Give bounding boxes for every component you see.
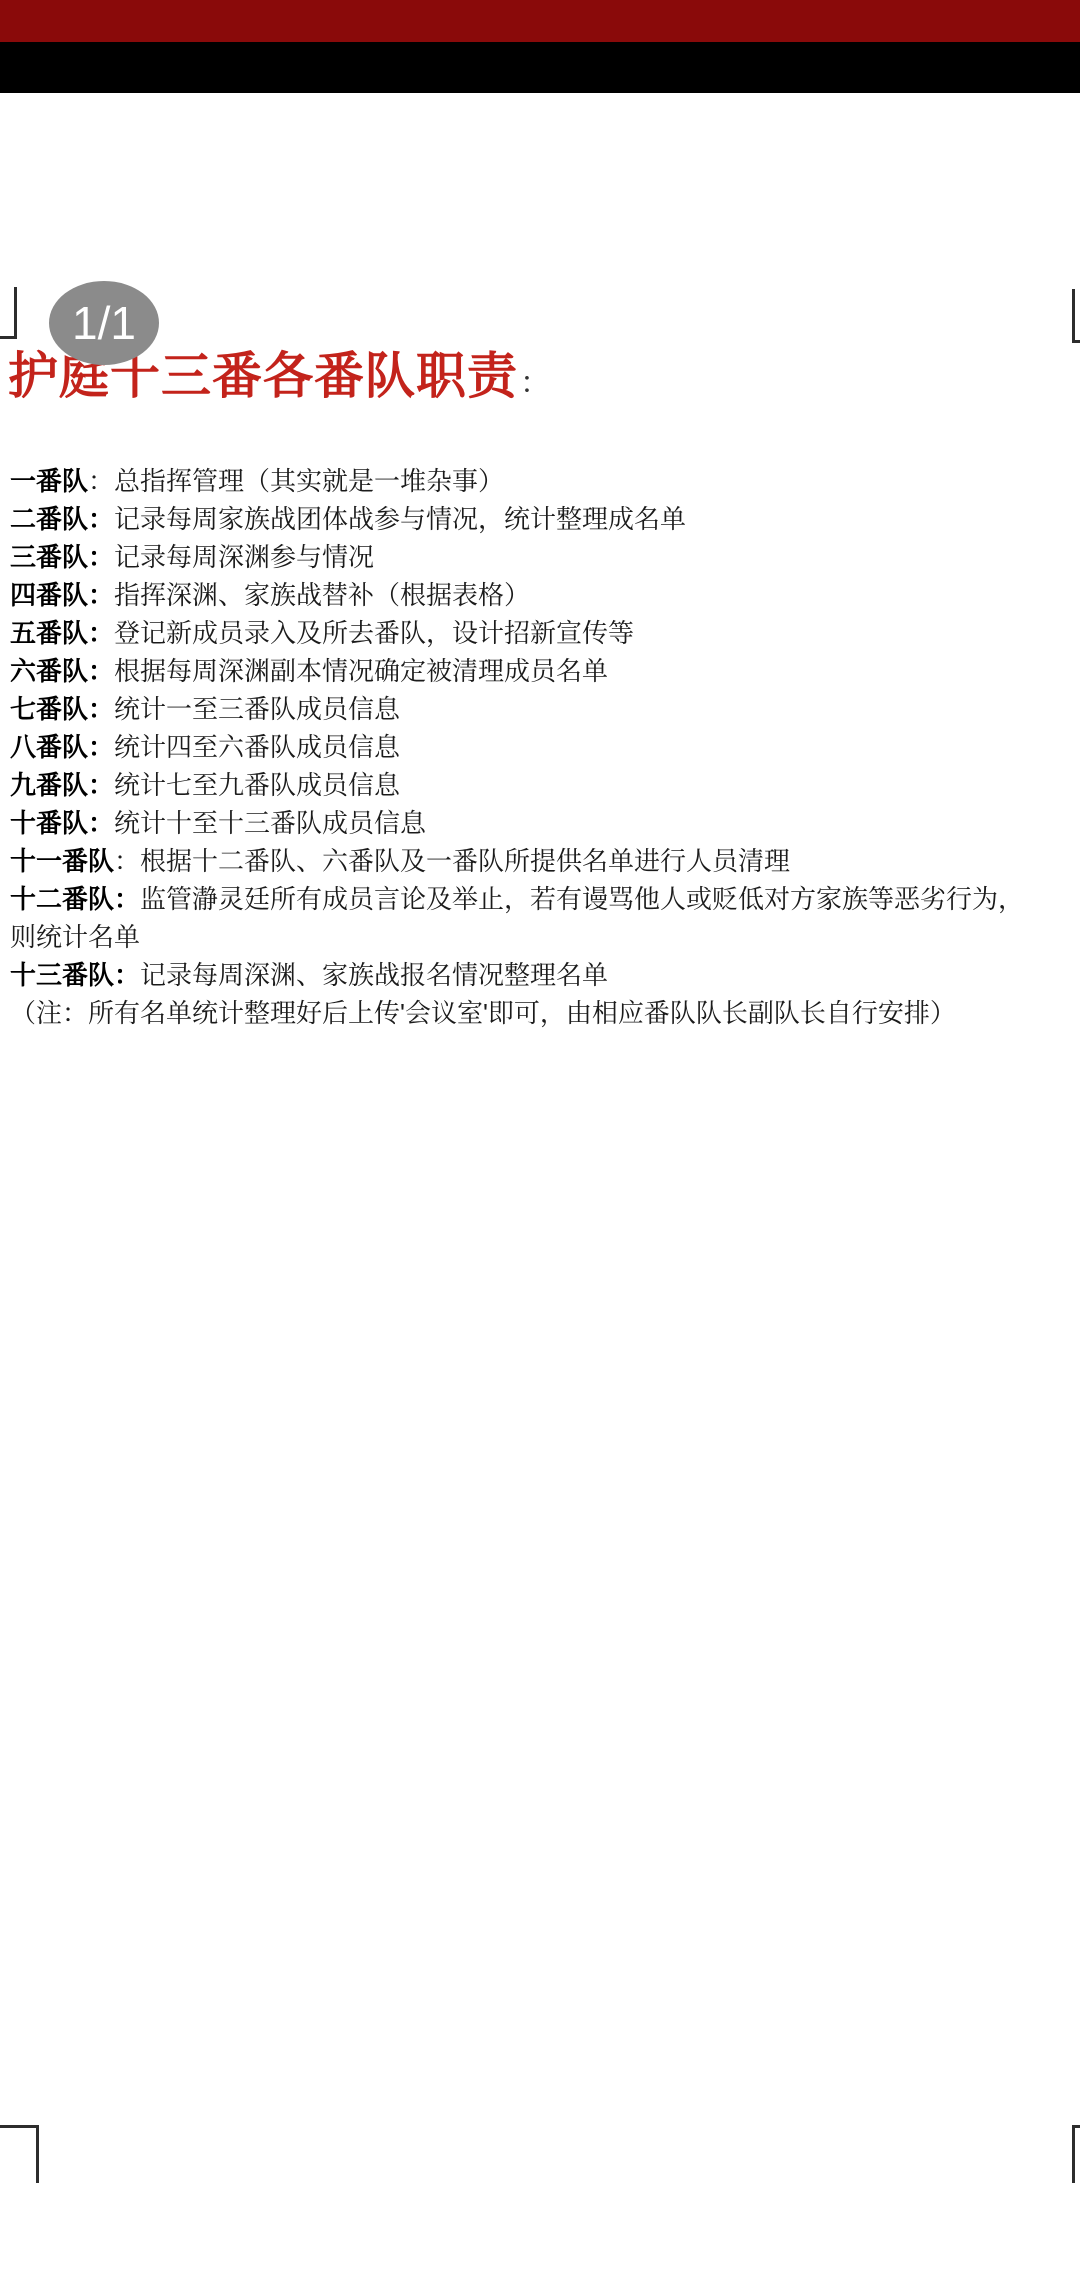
duty-label: 二番队： — [10, 504, 114, 534]
duty-label: 九番队： — [10, 770, 114, 800]
duty-label: 十三番队： — [10, 960, 140, 990]
duty-item: 三番队：记录每周深渊参与情况 — [10, 538, 1072, 576]
page-corner-top-left-mark — [0, 287, 17, 339]
duty-item: 六番队：根据每周深渊副本情况确定被清理成员名单 — [10, 652, 1072, 690]
duty-item: 十二番队：监管瀞灵廷所有成员言论及举止，若有谩骂他人或贬低对方家族等恶劣行为，则… — [10, 880, 1072, 956]
duty-text: 根据每周深渊副本情况确定被清理成员名单 — [114, 656, 608, 686]
duty-text: （注：所有名单统计整理好后上传'会议室'即可，由相应番队队长副队长自行安排） — [10, 998, 956, 1028]
duty-text: 记录每周深渊、家族战报名情况整理名单 — [140, 960, 608, 990]
duty-label: 八番队： — [10, 732, 114, 762]
duty-text: ：根据十二番队、六番队及一番队所提供名单进行人员清理 — [114, 846, 790, 876]
duty-text: 指挥深渊、家族战替补（根据表格） — [114, 580, 530, 610]
page-indicator-label: 1/1 — [72, 296, 136, 350]
duty-label: 六番队： — [10, 656, 114, 686]
duty-list: 一番队：总指挥管理（其实就是一堆杂事）二番队：记录每周家族战团体战参与情况，统计… — [10, 462, 1072, 1032]
duty-item: 一番队：总指挥管理（其实就是一堆杂事） — [10, 462, 1072, 500]
duty-label: 三番队： — [10, 542, 114, 572]
app-top-bar — [0, 42, 1080, 93]
duty-text: 统计七至九番队成员信息 — [114, 770, 400, 800]
duty-text: 统计一至三番队成员信息 — [114, 694, 400, 724]
duty-label: 一番队 — [10, 466, 88, 496]
duty-text: 统计四至六番队成员信息 — [114, 732, 400, 762]
duty-item: 九番队：统计七至九番队成员信息 — [10, 766, 1072, 804]
duty-label: 四番队： — [10, 580, 114, 610]
duty-label: 十番队： — [10, 808, 114, 838]
duty-item: 四番队：指挥深渊、家族战替补（根据表格） — [10, 576, 1072, 614]
page-corner-bottom-right-mark — [1072, 2125, 1080, 2183]
duty-item: 十三番队：记录每周深渊、家族战报名情况整理名单 — [10, 956, 1072, 994]
duty-item: 七番队：统计一至三番队成员信息 — [10, 690, 1072, 728]
duty-item: 二番队：记录每周家族战团体战参与情况，统计整理成名单 — [10, 500, 1072, 538]
duty-label: 十二番队： — [10, 884, 140, 914]
duty-item: 八番队：统计四至六番队成员信息 — [10, 728, 1072, 766]
page-corner-top-right-mark — [1072, 289, 1080, 343]
duty-text: 记录每周家族战团体战参与情况，统计整理成名单 — [114, 504, 686, 534]
duty-text-continuation: 则统计名单 — [10, 918, 1072, 956]
page-indicator-badge: 1/1 — [49, 281, 159, 365]
duty-text: 登记新成员录入及所去番队，设计招新宣传等 — [114, 618, 634, 648]
duty-text: ：总指挥管理（其实就是一堆杂事） — [88, 466, 504, 496]
page-corner-bottom-left-mark — [0, 2125, 39, 2183]
duty-label: 十一番队 — [10, 846, 114, 876]
status-bar — [0, 0, 1080, 42]
duty-item: 十一番队：根据十二番队、六番队及一番队所提供名单进行人员清理 — [10, 842, 1072, 880]
duty-item: 五番队：登记新成员录入及所去番队，设计招新宣传等 — [10, 614, 1072, 652]
page-title-colon: ： — [520, 367, 550, 400]
document-page[interactable] — [0, 93, 1080, 2280]
phone-screen: 1/1 护庭十三番各番队职责： 一番队：总指挥管理（其实就是一堆杂事）二番队：记… — [0, 0, 1080, 2280]
duty-item: 十番队：统计十至十三番队成员信息 — [10, 804, 1072, 842]
duty-item: （注：所有名单统计整理好后上传'会议室'即可，由相应番队队长副队长自行安排） — [10, 994, 1072, 1032]
duty-label: 五番队： — [10, 618, 114, 648]
duty-text: 记录每周深渊参与情况 — [114, 542, 374, 572]
duty-text: 监管瀞灵廷所有成员言论及举止，若有谩骂他人或贬低对方家族等恶劣行为， — [140, 884, 1024, 914]
duty-text: 统计十至十三番队成员信息 — [114, 808, 426, 838]
duty-label: 七番队： — [10, 694, 114, 724]
